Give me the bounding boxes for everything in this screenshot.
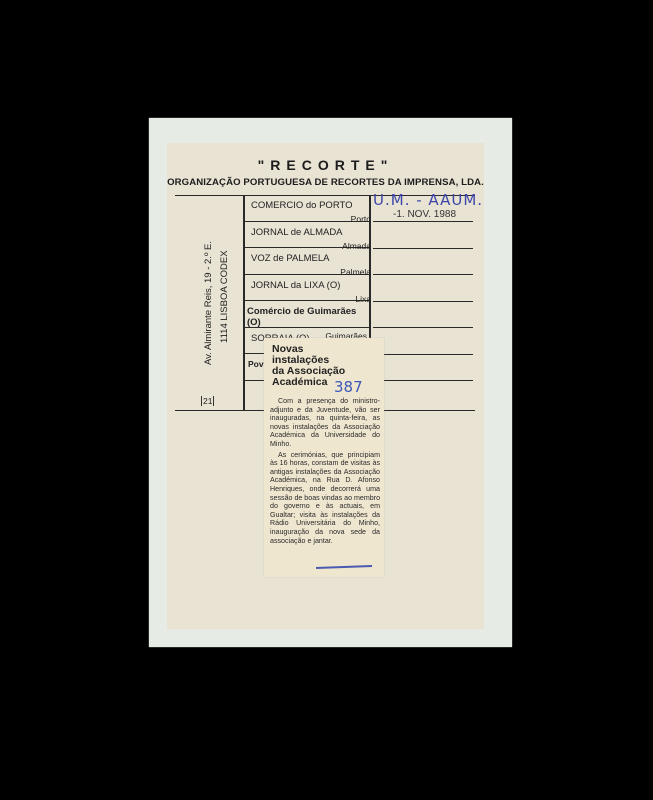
pen-underline xyxy=(316,565,372,569)
card-title: "RECORTE" xyxy=(167,157,484,173)
handwritten-number: 387 xyxy=(334,378,363,396)
publication-row: VOZ de PALMELA Palmela xyxy=(251,253,371,277)
date-line xyxy=(373,248,473,249)
card-subtitle: ORGANIZAÇÃO PORTUGUESA DE RECORTES DA IM… xyxy=(167,177,484,188)
newspaper-clipping: Novas instalações da Associação Académic… xyxy=(264,338,384,577)
clipping-paragraph: Com a presença do ministro-adjunto e da … xyxy=(270,397,380,449)
address-line-2: 1114 LISBOA CODEX xyxy=(219,250,230,343)
handwritten-note: U.M. - AAUM. xyxy=(373,191,483,209)
date-line xyxy=(373,380,473,381)
publication-row: JORNAL de ALMADA Almada xyxy=(251,227,371,251)
date-line xyxy=(373,327,473,328)
date-line xyxy=(373,274,473,275)
address-line-1: Av. Almirante Reis, 19 - 2.º E. xyxy=(203,241,214,365)
date-line xyxy=(373,301,473,302)
publication-row: JORNAL da LIXA (O) Lixa xyxy=(251,280,371,304)
date-stamp: -1. NOV. 1988 xyxy=(393,209,456,220)
clipping-paragraph: As cerimónias, que principiam às 16 hora… xyxy=(270,451,380,546)
page-number: 21 xyxy=(201,396,214,406)
list-left-border xyxy=(243,195,245,410)
publication-row: COMERCIO do PORTO Porto xyxy=(251,200,371,224)
date-line xyxy=(373,221,473,222)
date-line xyxy=(373,354,473,355)
clipping-body: Com a presença do ministro-adjunto e da … xyxy=(270,397,380,547)
